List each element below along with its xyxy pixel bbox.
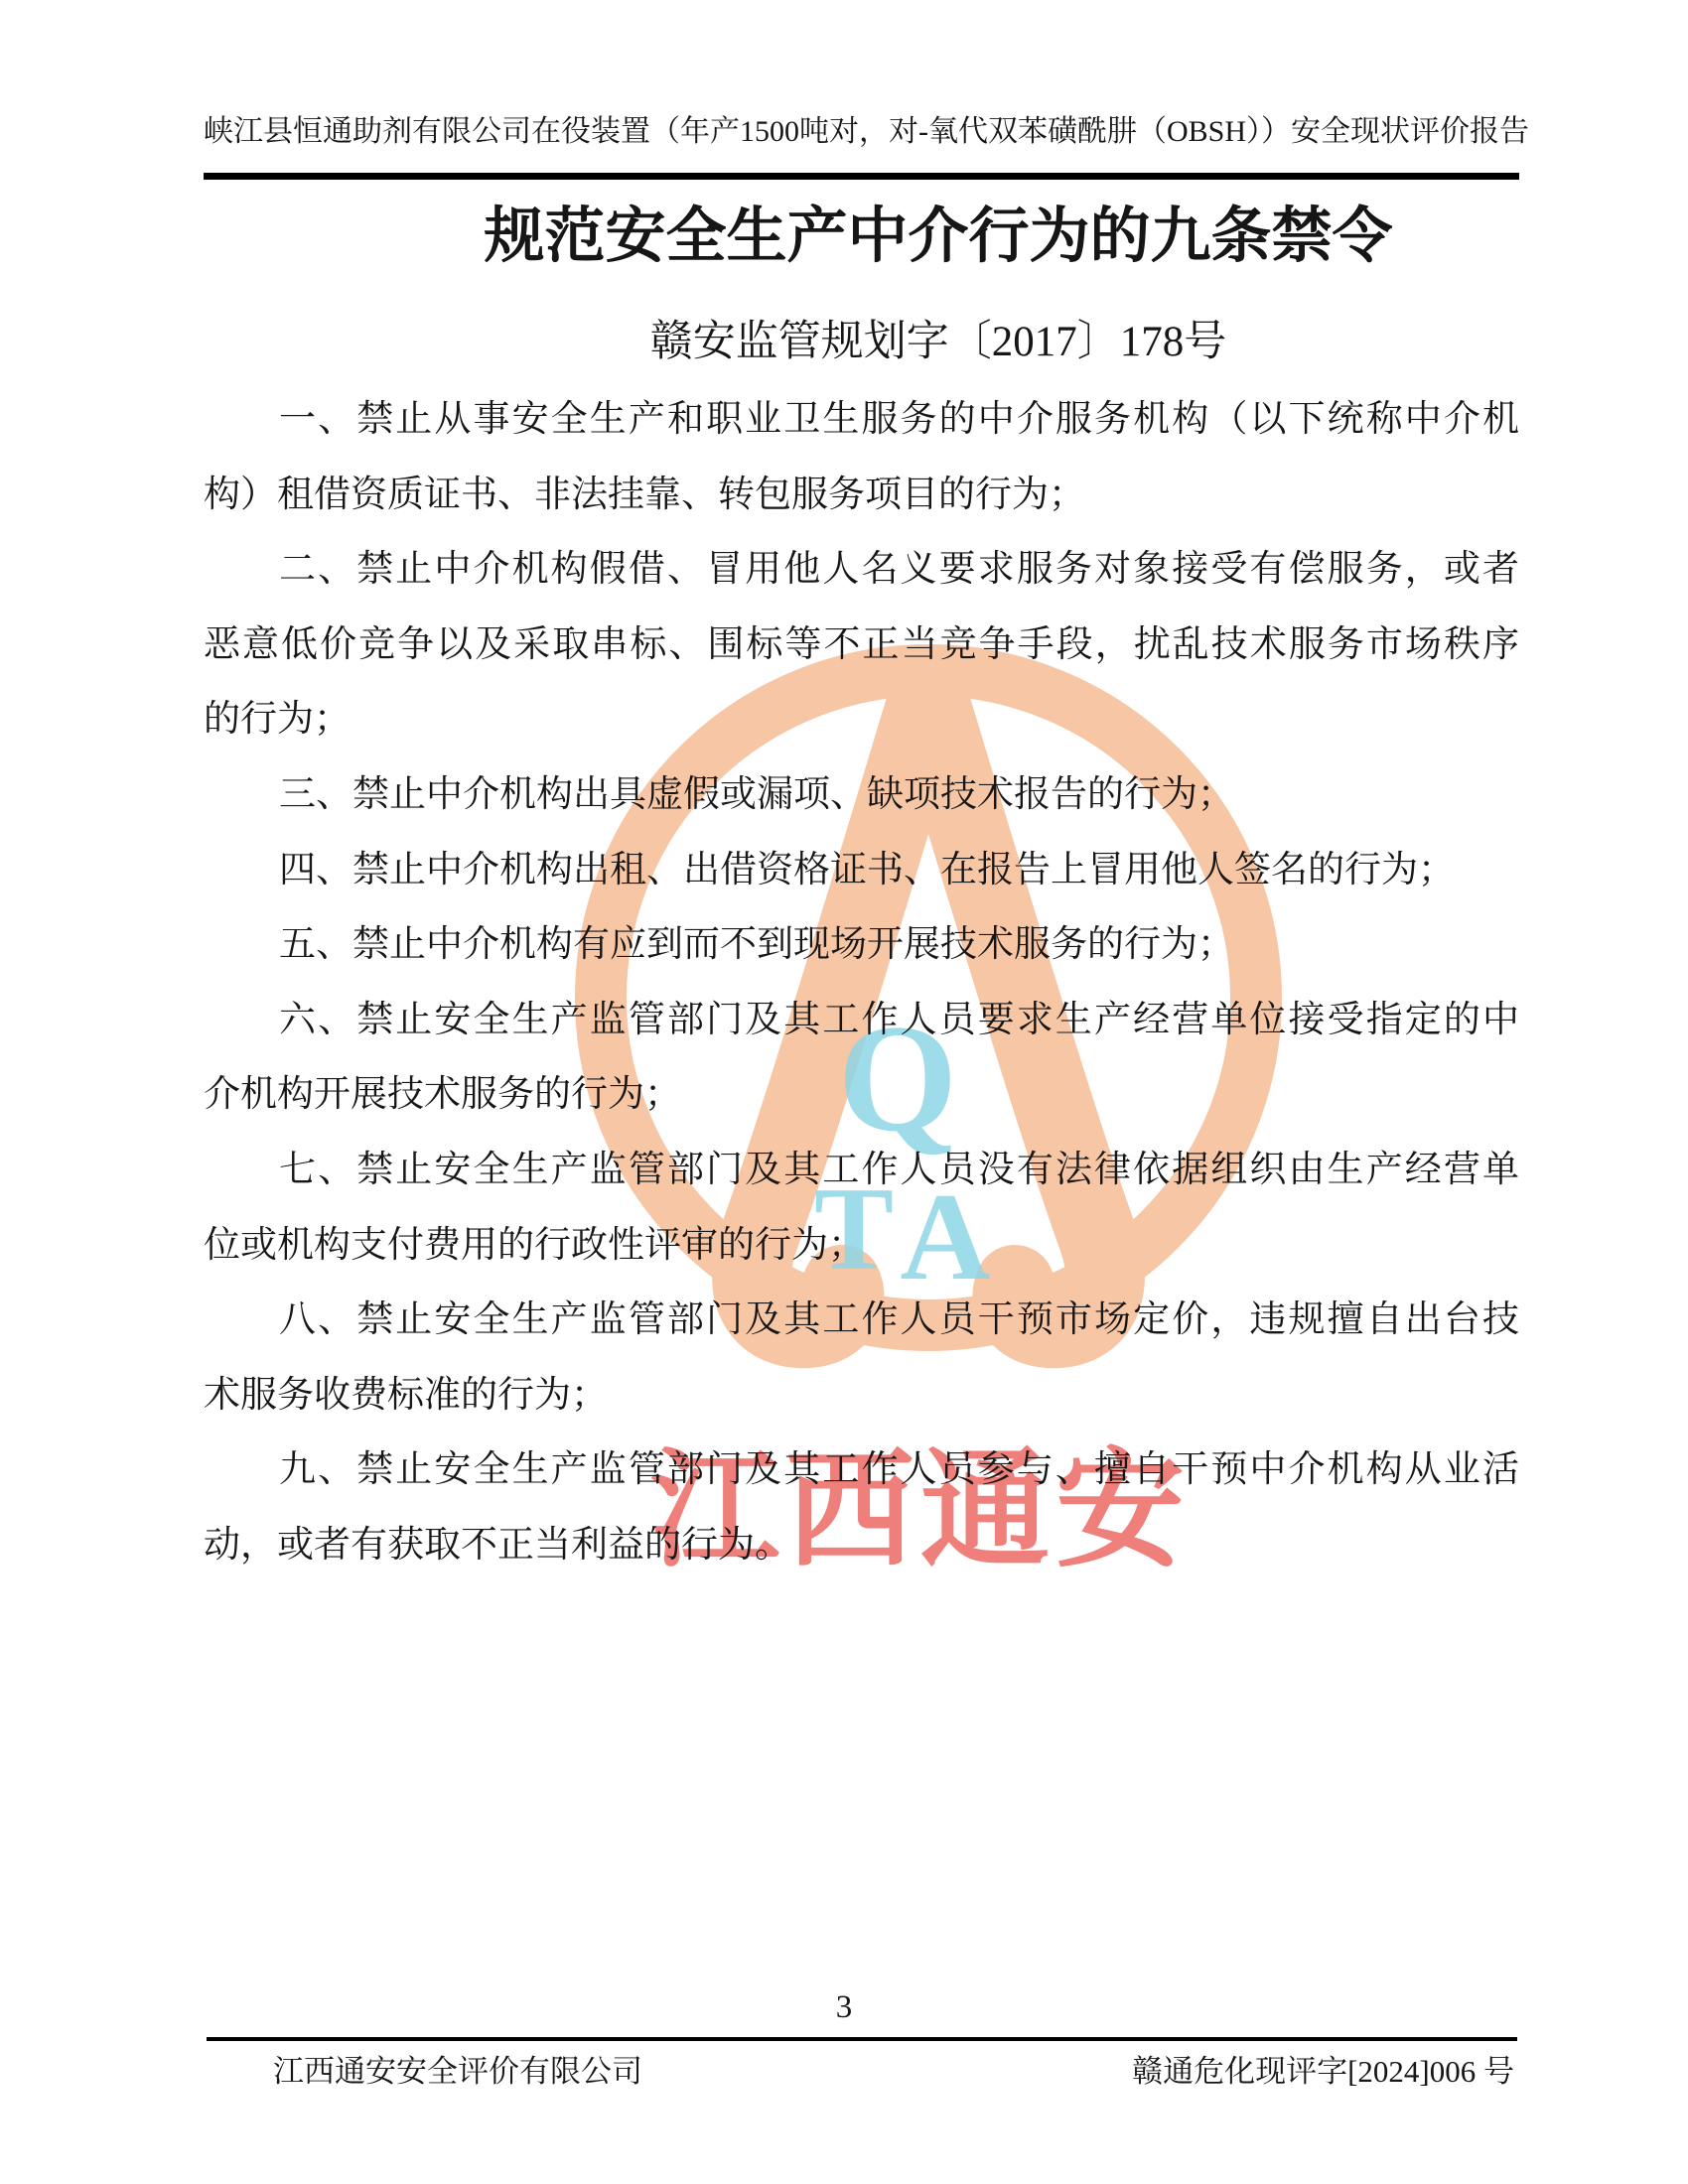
footer-company: 江西通安安全评价有限公司 [273, 2051, 642, 2093]
footer-report-code: 赣通危化现评字[2024]006 号 [1132, 2051, 1514, 2093]
paragraph-line: 一、禁止从事安全生产和职业卫生服务的中介服务机构（以下统称中介机 [204, 382, 1519, 458]
paragraph-line: 动，或者有获取不正当利益的行为。 [204, 1508, 1519, 1583]
paragraph-line: 的行为； [204, 682, 1519, 757]
paragraph-line: 构）租借资质证书、非法挂靠、转包服务项目的行为； [204, 458, 1519, 533]
paragraph-line: 五、禁止中介机构有应到而不到现场开展技术服务的行为； [204, 907, 1519, 983]
header-rule [204, 173, 1519, 180]
paragraph-line: 六、禁止安全生产监管部门及其工作人员要求生产经营单位接受指定的中 [204, 983, 1519, 1058]
page-number: 3 [0, 1987, 1688, 2027]
footer-rule [207, 2037, 1517, 2041]
paragraph-line: 术服务收费标准的行为； [204, 1358, 1519, 1433]
running-header: 峡江县恒通助剂有限公司在役装置（年产1500吨对，对-氧代双苯磺酰肼（OBSH）… [204, 111, 1519, 153]
paragraph-line: 恶意低价竞争以及采取串标、围标等不正当竞争手段，扰乱技术服务市场秩序 [204, 608, 1519, 683]
paragraph-line: 七、禁止安全生产监管部门及其工作人员没有法律依据组织由生产经营单 [204, 1133, 1519, 1208]
paragraph-line: 介机构开展技术服务的行为； [204, 1057, 1519, 1133]
page-content: 峡江县恒通助剂有限公司在役装置（年产1500吨对，对-氧代双苯磺酰肼（OBSH）… [0, 0, 1688, 2184]
paragraph-line: 二、禁止中介机构假借、冒用他人名义要求服务对象接受有偿服务，或者 [204, 532, 1519, 608]
paragraph-line: 位或机构支付费用的行政性评审的行为； [204, 1208, 1519, 1284]
paragraph-line: 八、禁止安全生产监管部门及其工作人员干预市场定价，违规擅自出台技 [204, 1283, 1519, 1358]
doc-number: 赣安监管规划字〔2017〕178号 [268, 316, 1609, 369]
document-page: Q T A 江西通安 峡江县恒通助剂有限公司在役装置（年产1500吨对，对-氧代… [0, 0, 1688, 2184]
paragraph-line: 九、禁止安全生产监管部门及其工作人员参与、擅自干预中介机构从业活 [204, 1433, 1519, 1508]
body-paragraphs: 一、禁止从事安全生产和职业卫生服务的中介服务机构（以下统称中介机构）租借资质证书… [204, 382, 1519, 1583]
paragraph-line: 四、禁止中介机构出租、出借资格证书、在报告上冒用他人签名的行为； [204, 833, 1519, 908]
page-title: 规范安全生产中介行为的九条禁令 [268, 199, 1609, 276]
paragraph-line: 三、禁止中介机构出具虚假或漏项、缺项技术报告的行为； [204, 757, 1519, 833]
